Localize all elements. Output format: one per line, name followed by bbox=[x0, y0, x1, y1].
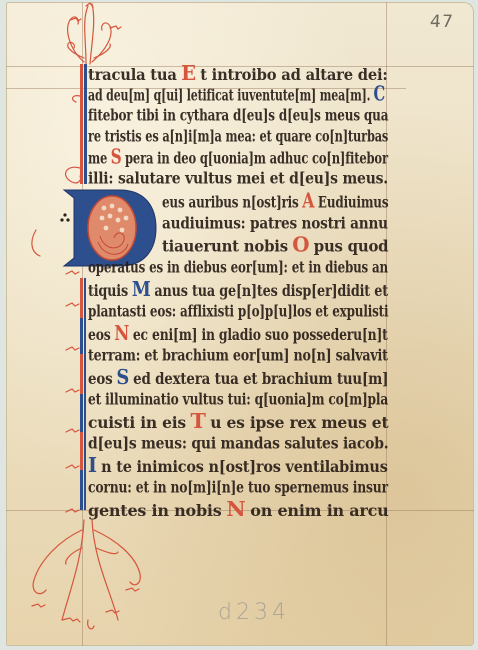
red-initial: N bbox=[226, 496, 245, 524]
text-line: gentes in nobisNon enim in arcu bbox=[88, 496, 389, 524]
